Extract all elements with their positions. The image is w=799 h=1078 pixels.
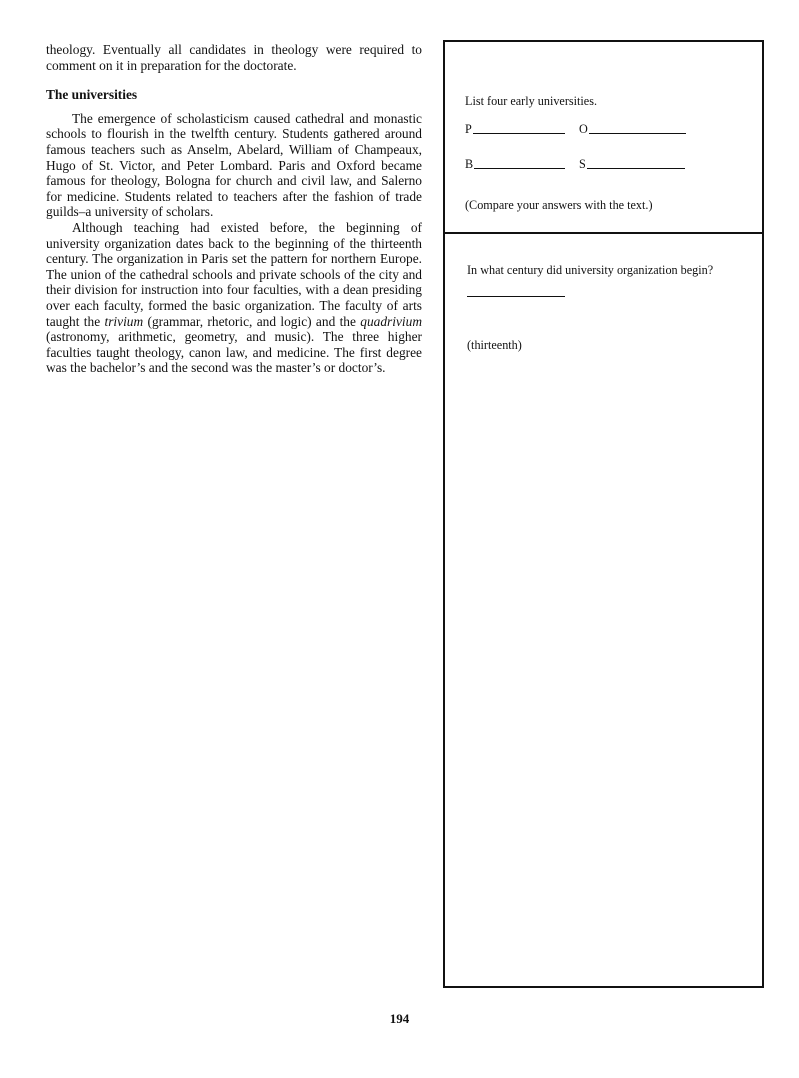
paragraph-text: (astronomy, arithmetic, geometry, and mu… (46, 329, 422, 375)
blank-o[interactable]: O (579, 122, 686, 137)
answer-line[interactable] (589, 132, 686, 134)
programmed-learning-frame: List four early universities. P O B S (C… (443, 40, 764, 988)
blank-letter: B (465, 157, 473, 172)
section-heading: The universities (46, 87, 422, 103)
main-text-column: theology. Eventually all candidates in t… (46, 42, 422, 376)
frame2-question: In what century did university organizat… (467, 263, 713, 277)
frame2-answer-blank[interactable] (467, 296, 565, 297)
blank-letter: P (465, 122, 472, 137)
blank-letter: S (579, 157, 586, 172)
paragraph-scholasticism: The emergence of scholasticism caused ca… (46, 111, 422, 220)
paragraph-organization: Although teaching had existed before, th… (46, 220, 422, 376)
page-number: 194 (0, 1011, 799, 1027)
blank-s[interactable]: S (579, 157, 685, 172)
frame-divider (445, 232, 762, 234)
frame2-answer: (thirteenth) (467, 338, 522, 352)
answer-line[interactable] (474, 167, 565, 169)
continuation-paragraph: theology. Eventually all candidates in t… (46, 42, 422, 73)
paragraph-text: (grammar, rhetoric, and logic) and the (143, 314, 360, 329)
blank-p[interactable]: P (465, 122, 565, 137)
quadrivium-term: quadrivium (360, 314, 422, 329)
blank-b[interactable]: B (465, 157, 565, 172)
frame1-answer-note: (Compare your answers with the text.) (465, 198, 653, 212)
frame1-prompt: List four early universities. (465, 94, 597, 108)
trivium-term: trivium (104, 314, 143, 329)
paragraph-text: Although teaching had existed before, th… (46, 220, 422, 329)
blank-letter: O (579, 122, 588, 137)
answer-line[interactable] (473, 132, 565, 134)
answer-line[interactable] (587, 167, 685, 169)
